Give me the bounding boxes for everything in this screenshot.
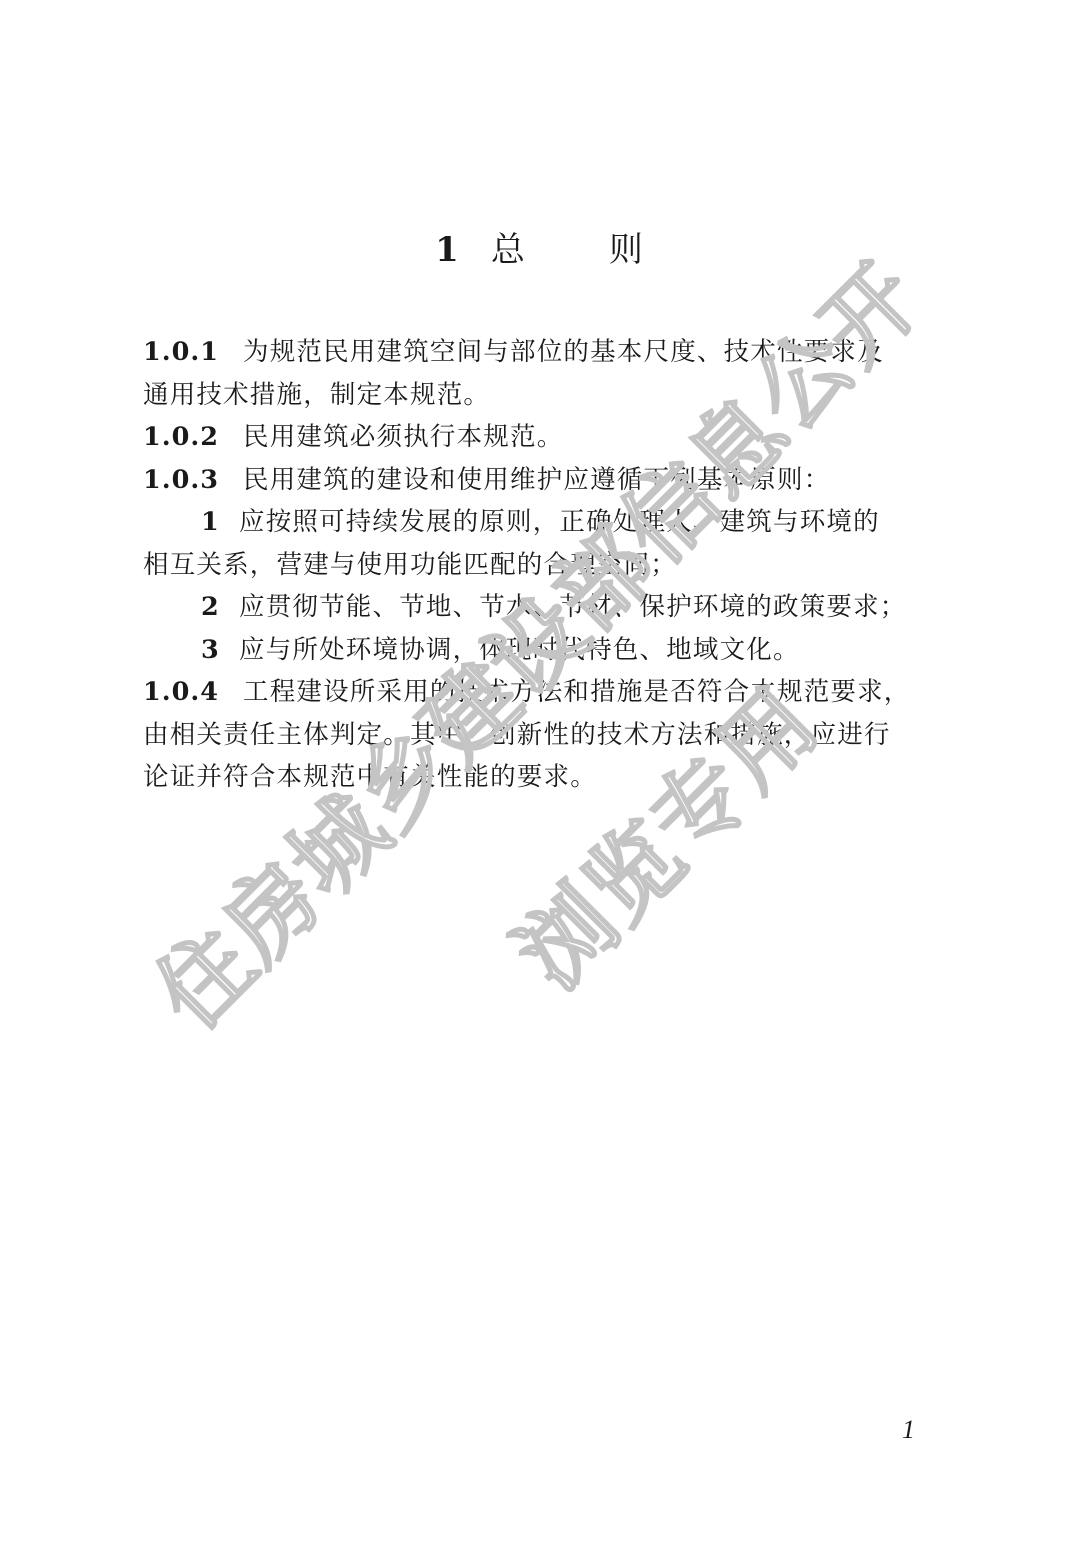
chapter-number: 1 (435, 230, 461, 270)
continuation-line: 通用技术措施，制定本规范。 (143, 374, 943, 417)
item-text: 应按照可持续发展的原则，正确处理人、建筑与环境的 (239, 507, 880, 537)
clause-text: 民用建筑的建设和使用维护应遵循下列基本原则： (243, 465, 830, 495)
clause-number: 1.0.4 (143, 671, 243, 714)
item-line: 1应按照可持续发展的原则，正确处理人、建筑与环境的 (143, 501, 943, 544)
clause-text: 工程建设所采用的技术方法和措施是否符合本规范要求， (243, 677, 911, 707)
clause-line: 1.0.1为规范民用建筑空间与部位的基本尺度、技术性要求及 (143, 331, 943, 374)
clause-number: 1.0.1 (143, 331, 243, 374)
clause-text: 论证并符合本规范中有关性能的要求。 (143, 762, 597, 792)
continuation-line: 由相关责任主体判定。其中，创新性的技术方法和措施，应进行 (143, 714, 943, 757)
clause-number: 1.0.3 (143, 459, 243, 502)
chapter-body: 1.0.1为规范民用建筑空间与部位的基本尺度、技术性要求及 通用技术措施，制定本… (143, 331, 943, 799)
clause-text: 民用建筑必须执行本规范。 (243, 422, 563, 452)
clause-text: 通用技术措施，制定本规范。 (143, 380, 490, 410)
item-number: 2 (201, 586, 239, 629)
document-page: 1总则 1.0.1为规范民用建筑空间与部位的基本尺度、技术性要求及 通用技术措施… (0, 0, 1080, 1563)
item-number: 1 (201, 501, 239, 544)
clause-line: 1.0.3民用建筑的建设和使用维护应遵循下列基本原则： (143, 459, 943, 502)
chapter-title-part1: 总 (491, 222, 527, 271)
item-text: 应与所处环境协调，体现时代特色、地域文化。 (239, 635, 800, 665)
clause-text: 为规范民用建筑空间与部位的基本尺度、技术性要求及 (243, 337, 884, 367)
clause-line: 1.0.4工程建设所采用的技术方法和措施是否符合本规范要求， (143, 671, 943, 714)
page-number: 1 (902, 1415, 915, 1445)
item-text: 应贯彻节能、节地、节水、节材、保护环境的政策要求； (239, 592, 907, 622)
clause-line: 1.0.2民用建筑必须执行本规范。 (143, 416, 943, 459)
item-line: 2应贯彻节能、节地、节水、节材、保护环境的政策要求； (143, 586, 943, 629)
chapter-title: 1总则 (0, 222, 1080, 271)
chapter-title-part2: 则 (609, 222, 645, 271)
item-number: 3 (201, 629, 239, 672)
clause-text: 由相关责任主体判定。其中，创新性的技术方法和措施，应进行 (143, 720, 891, 750)
clause-number: 1.0.2 (143, 416, 243, 459)
item-text: 相互关系，营建与使用功能匹配的合理空间； (143, 550, 677, 580)
continuation-line: 论证并符合本规范中有关性能的要求。 (143, 756, 943, 799)
item-line: 3应与所处环境协调，体现时代特色、地域文化。 (143, 629, 943, 672)
continuation-line: 相互关系，营建与使用功能匹配的合理空间； (143, 544, 943, 587)
